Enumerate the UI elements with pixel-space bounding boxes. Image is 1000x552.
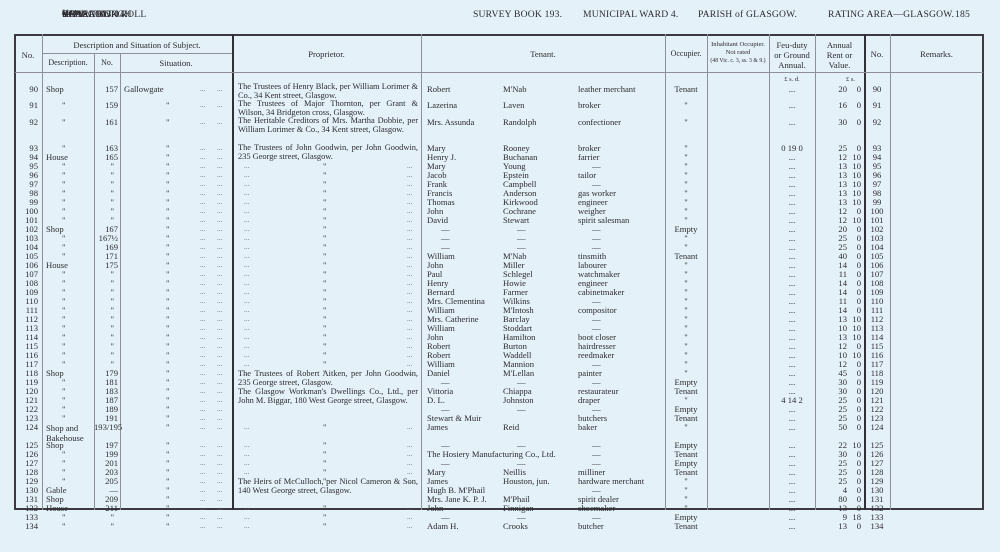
ellipsis: ...	[200, 450, 205, 459]
ellipsis: ...	[407, 162, 412, 171]
ellipsis: ...	[217, 171, 222, 180]
ellipsis: ...	[200, 315, 205, 324]
ellipsis: ...	[244, 342, 249, 351]
ellipsis: ...	[200, 198, 205, 207]
ellipsis: ...	[200, 477, 205, 486]
feu-duty: ...	[769, 522, 815, 531]
ellipsis: ...	[244, 261, 249, 270]
page-header: VALUATION ROLL for the CITY and ROYAL BU…	[62, 9, 992, 25]
ellipsis: ...	[217, 198, 222, 207]
situation: "	[166, 234, 222, 243]
situation: "	[166, 459, 222, 468]
ellipsis: ...	[200, 333, 205, 342]
situation: "	[166, 252, 222, 261]
ellipsis: ...	[200, 396, 205, 405]
row-no-right: 134	[864, 522, 890, 531]
ellipsis: ...	[407, 180, 412, 189]
ellipsis: ...	[217, 189, 222, 198]
ellipsis: ...	[200, 243, 205, 252]
street-number: 211	[94, 504, 118, 513]
description: Shop	[46, 85, 94, 94]
col-description-group: Description and Situation of Subject.	[42, 40, 232, 50]
ellipsis: ...	[244, 513, 249, 522]
tenant-surname: Stewart	[503, 216, 573, 225]
situation: "	[166, 522, 222, 531]
tenant-first-name: D. L.	[427, 396, 507, 405]
ellipsis: ...	[200, 387, 205, 396]
tenant-occupation: butcher	[578, 522, 662, 531]
situation: "	[166, 306, 222, 315]
ellipsis: ...	[217, 477, 222, 486]
table-row: 92"161"Mrs. AssundaRandolphconfectioner"…	[0, 118, 1000, 127]
row-no-right: 91	[864, 101, 890, 110]
ellipsis: ...	[217, 495, 222, 504]
table-row: 123"191"Stewart & MuirbutchersTenant...2…	[0, 414, 1000, 423]
situation: "	[166, 297, 222, 306]
occupier-status: "	[665, 423, 707, 432]
ellipsis: ...	[217, 387, 222, 396]
ellipsis: ...	[217, 468, 222, 477]
ellipsis: ...	[200, 279, 205, 288]
table-row: 100"""JohnCochraneweigher"...120100.....…	[0, 207, 1000, 216]
ellipsis: ...	[200, 468, 205, 477]
ellipsis: ...	[217, 324, 222, 333]
ellipsis: ...	[217, 504, 222, 513]
table-row: 113"""WilliamStoddart—"...1010113.......…	[0, 324, 1000, 333]
situation: "	[166, 423, 222, 432]
tenant-occupation: draper	[578, 396, 662, 405]
ellipsis: ...	[244, 351, 249, 360]
ellipsis: ...	[217, 297, 222, 306]
table-row: 132House211"JohnFinniganshoemaker"...130…	[0, 504, 1000, 513]
tenant-first-name: Mrs. Assunda	[427, 118, 507, 127]
ellipsis: ...	[244, 279, 249, 288]
rent-pounds: 13	[815, 522, 847, 531]
ellipsis: ...	[407, 198, 412, 207]
ellipsis: ...	[244, 180, 249, 189]
ellipsis: ...	[200, 225, 205, 234]
occupier-status: Tenant	[665, 85, 707, 94]
description: "	[62, 522, 82, 531]
ellipsis: ...	[244, 252, 249, 261]
col-remarks: Remarks.	[890, 49, 983, 59]
ellipsis: ...	[217, 180, 222, 189]
street-number: 159	[94, 101, 118, 110]
ellipsis: ...	[200, 504, 205, 513]
col-no-right: No.	[864, 49, 890, 59]
ellipsis: ...	[244, 189, 249, 198]
ellipsis: ...	[200, 171, 205, 180]
table-row: 98"""FrancisAndersongas worker"...131098…	[0, 189, 1000, 198]
tenant-surname: M'Lellan	[503, 369, 573, 378]
ellipsis: ...	[407, 189, 412, 198]
table-row: 122"189"———Empty...250122......	[0, 405, 1000, 414]
situation: "	[166, 387, 222, 396]
situation: "	[166, 486, 222, 495]
ellipsis: ...	[217, 414, 222, 423]
ellipsis: ...	[407, 441, 412, 450]
tenant-occupation: broker	[578, 101, 662, 110]
situation: "	[166, 243, 222, 252]
survey-book: SURVEY BOOK 193.	[473, 9, 562, 20]
ellipsis: ...	[200, 324, 205, 333]
table-row: 131Shop209"Mrs. Jane K. P. J.M'Phailspir…	[0, 495, 1000, 504]
ellipsis: ...	[217, 396, 222, 405]
ellipsis: ...	[200, 513, 205, 522]
occupier-status: Tenant	[665, 522, 707, 531]
ellipsis: ...	[217, 306, 222, 315]
description: Shop	[46, 225, 94, 234]
table-row: 128"203"MaryNeillismillinerTenant...2501…	[0, 468, 1000, 477]
col-tenant: Tenant.	[421, 49, 665, 59]
rent-shillings: 0	[846, 101, 861, 110]
situation: "	[166, 162, 222, 171]
ellipsis: ...	[407, 450, 412, 459]
row-no-right: 92	[864, 118, 890, 127]
ellipsis: ...	[244, 360, 249, 369]
tenant-first-name: John	[427, 504, 507, 513]
ellipsis: ...	[407, 360, 412, 369]
description: House	[46, 153, 94, 162]
ellipsis: ...	[244, 369, 249, 378]
description: Shop	[46, 369, 94, 378]
col-inhabitant: Inhabitant Occupier. Not rated (48 Vic. …	[707, 41, 769, 65]
description: "	[62, 118, 82, 127]
table-row: 115"""RobertBurtonhairdresser"...120115.…	[0, 342, 1000, 351]
ellipsis: ...	[244, 450, 249, 459]
ellipsis: ...	[200, 486, 205, 495]
description: "	[62, 216, 82, 225]
situation: "	[166, 189, 222, 198]
ellipsis: ...	[407, 270, 412, 279]
ellipsis: ...	[217, 162, 222, 171]
table-row: 107"""PaulSchlegelwatchmaker"...110107..…	[0, 270, 1000, 279]
tenant-first-name: Lazerina	[427, 101, 507, 110]
ellipsis: ...	[217, 315, 222, 324]
description: "	[62, 414, 82, 423]
ellipsis: ...	[407, 252, 412, 261]
table-row: 93"163"MaryRooneybroker"0 19 025093.....…	[0, 144, 1000, 153]
rent-pounds: 16	[815, 101, 847, 110]
table-row: 108"""HenryHowieengineer"...140108......…	[0, 279, 1000, 288]
ellipsis: ...	[244, 234, 249, 243]
tenant-surname: —	[503, 225, 587, 234]
street-number: 157	[94, 85, 118, 94]
ellipsis: ...	[217, 261, 222, 270]
table-row: 121"187"D. L.Johnstondraper"4 14 2250121…	[0, 396, 1000, 405]
table-row: 94House165"Henry J.Buchananfarrier"...12…	[0, 153, 1000, 162]
situation: "	[166, 279, 222, 288]
ellipsis: ...	[244, 423, 249, 432]
situation: "	[166, 504, 222, 513]
ellipsis: ...	[217, 225, 222, 234]
ellipsis: ...	[200, 378, 205, 387]
ellipsis: ...	[217, 342, 222, 351]
rent-shillings: 0	[846, 423, 861, 432]
table-row: 127"201"———Empty...250127........."...	[0, 459, 1000, 468]
ellipsis: ...	[217, 351, 222, 360]
situation: "	[166, 342, 222, 351]
table-row: 129"205"JamesHouston, jun.hardware merch…	[0, 477, 1000, 486]
proprietor-ditto: "	[323, 423, 327, 432]
table-row: 106House175"JohnMillerlabourer"...140106…	[0, 261, 1000, 270]
ellipsis: ...	[217, 378, 222, 387]
ellipsis: ...	[244, 315, 249, 324]
tenant-surname: Johnston	[503, 396, 573, 405]
ellipsis: ...	[217, 360, 222, 369]
ellipsis: ...	[200, 351, 205, 360]
row-no-right: 124	[864, 423, 890, 432]
ellipsis: ...	[200, 306, 205, 315]
ellipsis: ...	[407, 459, 412, 468]
ellipsis: ...	[217, 270, 222, 279]
ellipsis: ...	[244, 504, 249, 513]
situation: "	[166, 468, 222, 477]
ellipsis: ...	[200, 252, 205, 261]
ellipsis: ...	[217, 243, 222, 252]
feu-duty: ...	[769, 101, 815, 110]
situation: "	[166, 441, 222, 450]
ellipsis: ...	[200, 234, 205, 243]
ellipsis: ...	[200, 162, 205, 171]
col-feu-duty: Feu-duty or Ground Annual.	[769, 40, 815, 70]
tenant-occupation: confectioner	[578, 118, 662, 127]
ellipsis: ...	[217, 234, 222, 243]
situation: "	[166, 144, 222, 153]
situation: "	[166, 333, 222, 342]
table-row: 96"""JacobEpsteintailor"...131096.......…	[0, 171, 1000, 180]
tenant-occupation: hardware merchant	[578, 477, 662, 486]
situation: "	[166, 450, 222, 459]
description: "	[62, 101, 82, 110]
table-row: 91"159"LazerinaLavenbroker"...16091.....…	[0, 101, 1000, 110]
municipal-ward: MUNICIPAL WARD 4.	[583, 9, 679, 20]
ellipsis: ...	[407, 297, 412, 306]
ellipsis: ...	[200, 180, 205, 189]
table-row: 110"""Mrs. ClementinaWilkins—"...110110.…	[0, 297, 1000, 306]
tenant-first-name: David	[427, 216, 507, 225]
ellipsis: ...	[244, 198, 249, 207]
tenant-surname: Randolph	[503, 118, 573, 127]
tenant-occupation: reedmaker	[578, 351, 662, 360]
rent-shillings: 0	[846, 118, 861, 127]
ellipsis: ...	[217, 207, 222, 216]
situation: "	[166, 180, 222, 189]
ellipsis: ...	[200, 189, 205, 198]
ellipsis: ...	[407, 468, 412, 477]
parish: PARISH of GLASGOW.	[698, 9, 797, 20]
situation: "	[166, 369, 222, 378]
col-situation: Situation.	[120, 58, 232, 68]
street-number: 193/195	[94, 423, 118, 432]
ellipsis: ...	[217, 85, 222, 94]
ellipsis: ...	[217, 513, 222, 522]
tenant-surname: Crooks	[503, 522, 573, 531]
ellipsis: ...	[200, 270, 205, 279]
col-number: No.	[94, 58, 120, 68]
tenant-first-name: Daniel	[427, 369, 507, 378]
description: Shop	[46, 441, 94, 450]
tenant-surname: —	[503, 405, 587, 414]
street-number: 161	[94, 118, 118, 127]
ellipsis: ...	[200, 423, 205, 432]
ellipsis: ...	[244, 459, 249, 468]
rent-pounds: 30	[815, 118, 847, 127]
table-row: 99"""ThomasKirkwoodengineer"...131099...…	[0, 198, 1000, 207]
table-row: 134"""Adam H.CrooksbutcherTenant...13013…	[0, 522, 1000, 531]
feu-duty: ...	[769, 423, 815, 432]
ellipsis: ...	[200, 297, 205, 306]
ellipsis: ...	[244, 306, 249, 315]
situation: "	[166, 513, 222, 522]
ellipsis: ...	[217, 153, 222, 162]
ellipsis: ...	[217, 522, 222, 531]
ellipsis: ...	[244, 333, 249, 342]
ellipsis: ...	[200, 495, 205, 504]
situation: "	[166, 288, 222, 297]
tenant-occupation: baker	[578, 423, 662, 432]
situation: "	[166, 261, 222, 270]
ellipsis: ...	[217, 459, 222, 468]
table-row: 103"167½"———"...250103........."...	[0, 234, 1000, 243]
table-row: 112"""Mrs. CatherineBarclay—"...1310112.…	[0, 315, 1000, 324]
street-number: "	[104, 522, 114, 531]
ellipsis: ...	[407, 243, 412, 252]
proprietor-ditto: "	[323, 522, 327, 531]
ellipsis: ...	[200, 144, 205, 153]
tenant-surname: —	[503, 234, 587, 243]
situation: Gallowgate	[124, 85, 180, 94]
rent-pounds: 50	[815, 423, 847, 432]
col-annual-rent: Annual Rent or Value.	[815, 40, 864, 70]
table-row: 97"""FrankCampbell—"...131097.........".…	[0, 180, 1000, 189]
ellipsis: ...	[407, 306, 412, 315]
ellipsis: ...	[244, 243, 249, 252]
col-description: Description.	[42, 58, 94, 68]
ellipsis: ...	[200, 153, 205, 162]
ellipsis: ...	[217, 118, 222, 127]
ellipsis: ...	[217, 279, 222, 288]
ellipsis: ...	[244, 522, 249, 531]
situation: "	[166, 207, 222, 216]
ellipsis: ...	[244, 441, 249, 450]
ellipsis: ...	[407, 225, 412, 234]
ellipsis: ...	[244, 270, 249, 279]
ellipsis: ...	[217, 101, 222, 110]
table-row: 109"""BernardFarmercabinetmaker"...14010…	[0, 288, 1000, 297]
ellipsis: ...	[244, 171, 249, 180]
tenant-occupation: compositor	[578, 306, 662, 315]
ellipsis: ...	[407, 477, 412, 486]
situation: "	[166, 405, 222, 414]
table-row: 105"171"WilliamM'NabtinsmithTenant...400…	[0, 252, 1000, 261]
rent-pounds: 20	[815, 85, 847, 94]
col-occupier: Occupier.	[665, 49, 707, 59]
row-no: 90	[14, 85, 38, 94]
ellipsis: ...	[244, 477, 249, 486]
table-row: 116"""RobertWaddellreedmaker"...1010116.…	[0, 351, 1000, 360]
tenant-surname: M'Nab	[503, 85, 573, 94]
ellipsis: ...	[200, 459, 205, 468]
table-row: 130Gable—"Hugh B. M'Phail—"...40130.....…	[0, 486, 1000, 495]
tenant-occupation: leather merchant	[578, 85, 662, 94]
row-no: 92	[14, 118, 38, 127]
table-row: 102Shop167"———Empty...200102........."..…	[0, 225, 1000, 234]
ellipsis: ...	[200, 360, 205, 369]
ellipsis: ...	[244, 225, 249, 234]
situation: "	[166, 198, 222, 207]
situation: "	[166, 378, 222, 387]
situation: "	[166, 101, 222, 110]
description: "	[62, 360, 82, 369]
ellipsis: ...	[244, 324, 249, 333]
situation: "	[166, 118, 222, 127]
ellipsis: ...	[244, 216, 249, 225]
tenant-first-name: Robert	[427, 85, 507, 94]
tenant-occupation: spirit salesman	[578, 216, 662, 225]
rent-shillings: 0	[846, 85, 861, 94]
ellipsis: ...	[200, 369, 205, 378]
ellipsis: ...	[200, 441, 205, 450]
ellipsis: ...	[244, 297, 249, 306]
tenant-occupation: tailor	[578, 171, 662, 180]
table-row: 124Shop and Bakehouse193/195"JamesReidba…	[0, 423, 1000, 432]
tenant-occupation: farrier	[578, 153, 662, 162]
ellipsis: ...	[407, 279, 412, 288]
ellipsis: ...	[200, 261, 205, 270]
feu-duty: ...	[769, 118, 815, 127]
situation: "	[166, 351, 222, 360]
ellipsis: ...	[244, 468, 249, 477]
ellipsis: ...	[200, 216, 205, 225]
ellipsis: ...	[407, 315, 412, 324]
ellipsis: ...	[217, 369, 222, 378]
situation: "	[166, 414, 222, 423]
table-row: 101"""DavidStewartspirit salesman"...121…	[0, 216, 1000, 225]
table-row: 104"169"———"...250104........."...	[0, 243, 1000, 252]
rating-area: RATING AREA—GLASGOW.	[828, 9, 954, 20]
table-row: 90Shop157GallowgateRobertM'Nableather me…	[0, 85, 1000, 94]
situation: "	[166, 216, 222, 225]
col-proprietor: Proprietor.	[232, 49, 421, 59]
ellipsis: ...	[200, 288, 205, 297]
ellipsis: ...	[200, 207, 205, 216]
ellipsis: ...	[217, 288, 222, 297]
description: House	[46, 261, 94, 270]
ellipsis: ...	[407, 234, 412, 243]
ellipsis: ...	[200, 85, 205, 94]
tenant-surname: Finnigan	[503, 504, 573, 513]
row-no-right: 90	[864, 85, 890, 94]
ellipsis: ...	[407, 522, 412, 531]
ellipsis: ...	[407, 216, 412, 225]
row-no: 134	[14, 522, 38, 531]
ellipsis: ...	[217, 216, 222, 225]
ellipsis: ...	[217, 450, 222, 459]
rent-units: £ s.	[815, 75, 855, 84]
situation: "	[166, 153, 222, 162]
table-row: 111"""WilliamM'Intoshcompositor"...14011…	[0, 306, 1000, 315]
table-row: 120"183"VittoriaChiapparestaurateurTenan…	[0, 387, 1000, 396]
row-no: 124	[14, 423, 38, 432]
ellipsis: ...	[407, 369, 412, 378]
ellipsis: ...	[217, 252, 222, 261]
ellipsis: ...	[407, 171, 412, 180]
ellipsis: ...	[217, 423, 222, 432]
feu-units: £ s. d.	[769, 75, 815, 84]
ellipsis: ...	[407, 288, 412, 297]
proprietor-ditto: "	[323, 369, 327, 378]
